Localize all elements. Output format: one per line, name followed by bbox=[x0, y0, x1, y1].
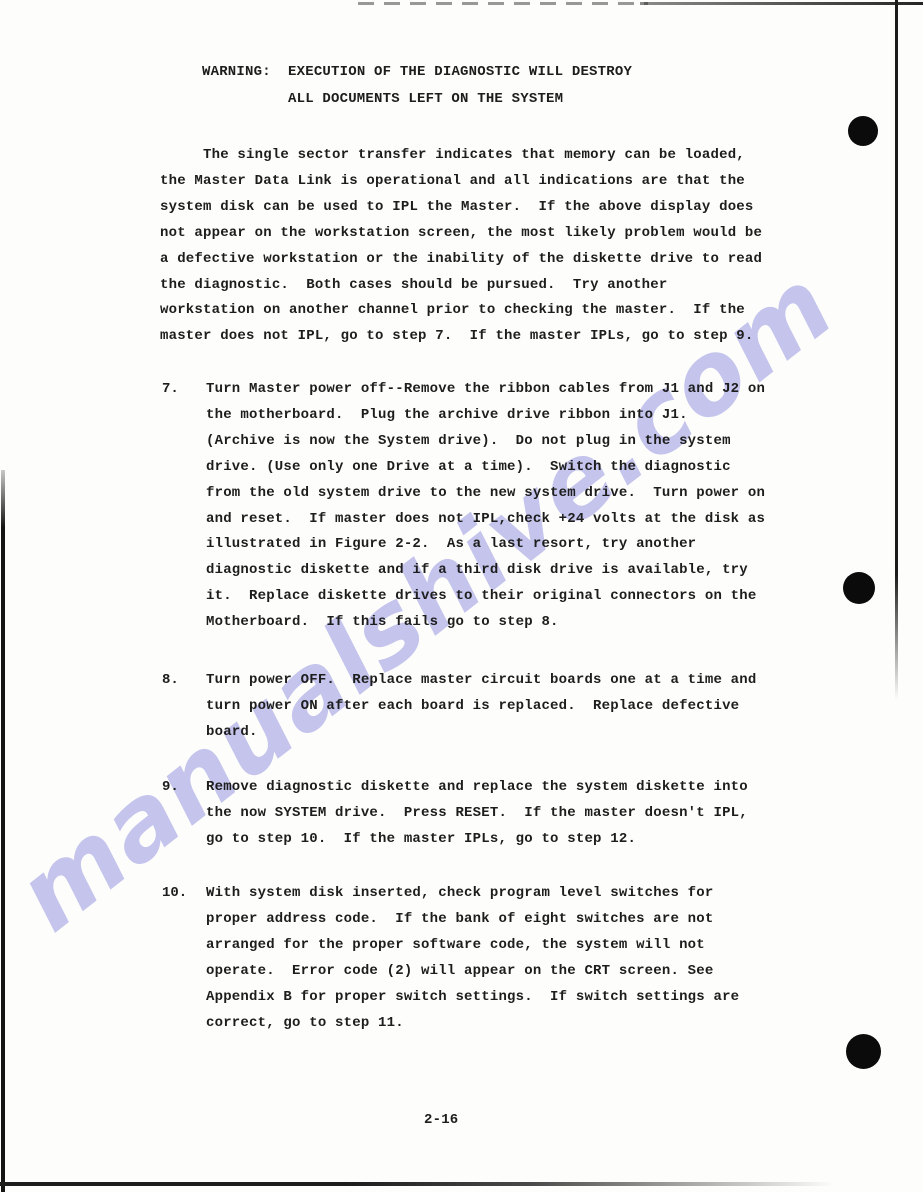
step-7-text: Turn Master power off--Remove the ribbon… bbox=[206, 377, 826, 636]
step-9-text: Remove diagnostic diskette and replace t… bbox=[206, 775, 826, 853]
step-7: 7. Turn Master power off--Remove the rib… bbox=[162, 377, 826, 636]
warning-heading-line1: WARNING: EXECUTION OF THE DIAGNOSTIC WIL… bbox=[202, 62, 632, 82]
page-number: 2-16 bbox=[424, 1110, 458, 1130]
step-10: 10. With system disk inserted, check pro… bbox=[162, 881, 826, 1036]
step-7-number: 7. bbox=[162, 377, 206, 636]
scan-edge-left-line bbox=[1, 470, 5, 1192]
step-8: 8. Turn power OFF. Replace master circui… bbox=[162, 668, 826, 746]
scan-edge-bottom-line bbox=[0, 1182, 860, 1186]
step-9-number: 9. bbox=[162, 775, 206, 853]
step-8-text: Turn power OFF. Replace master circuit b… bbox=[206, 668, 826, 746]
scan-edge-right-line bbox=[895, 0, 898, 700]
hole-punch-dot-bottom bbox=[846, 1034, 881, 1069]
step-10-text: With system disk inserted, check program… bbox=[206, 881, 826, 1036]
step-9: 9. Remove diagnostic diskette and replac… bbox=[162, 775, 826, 853]
scanned-manual-page: manualshive.com WARNING: EXECUTION OF TH… bbox=[0, 0, 923, 1192]
step-8-number: 8. bbox=[162, 668, 206, 746]
step-10-number: 10. bbox=[162, 881, 206, 1036]
scan-edge-top-dashes bbox=[358, 2, 648, 5]
intro-paragraph: The single sector transfer indicates tha… bbox=[160, 143, 820, 350]
scan-edge-top-line bbox=[640, 2, 923, 5]
warning-heading-line2: ALL DOCUMENTS LEFT ON THE SYSTEM bbox=[288, 89, 563, 109]
hole-punch-dot-middle bbox=[843, 572, 875, 604]
hole-punch-dot-top bbox=[848, 116, 878, 146]
